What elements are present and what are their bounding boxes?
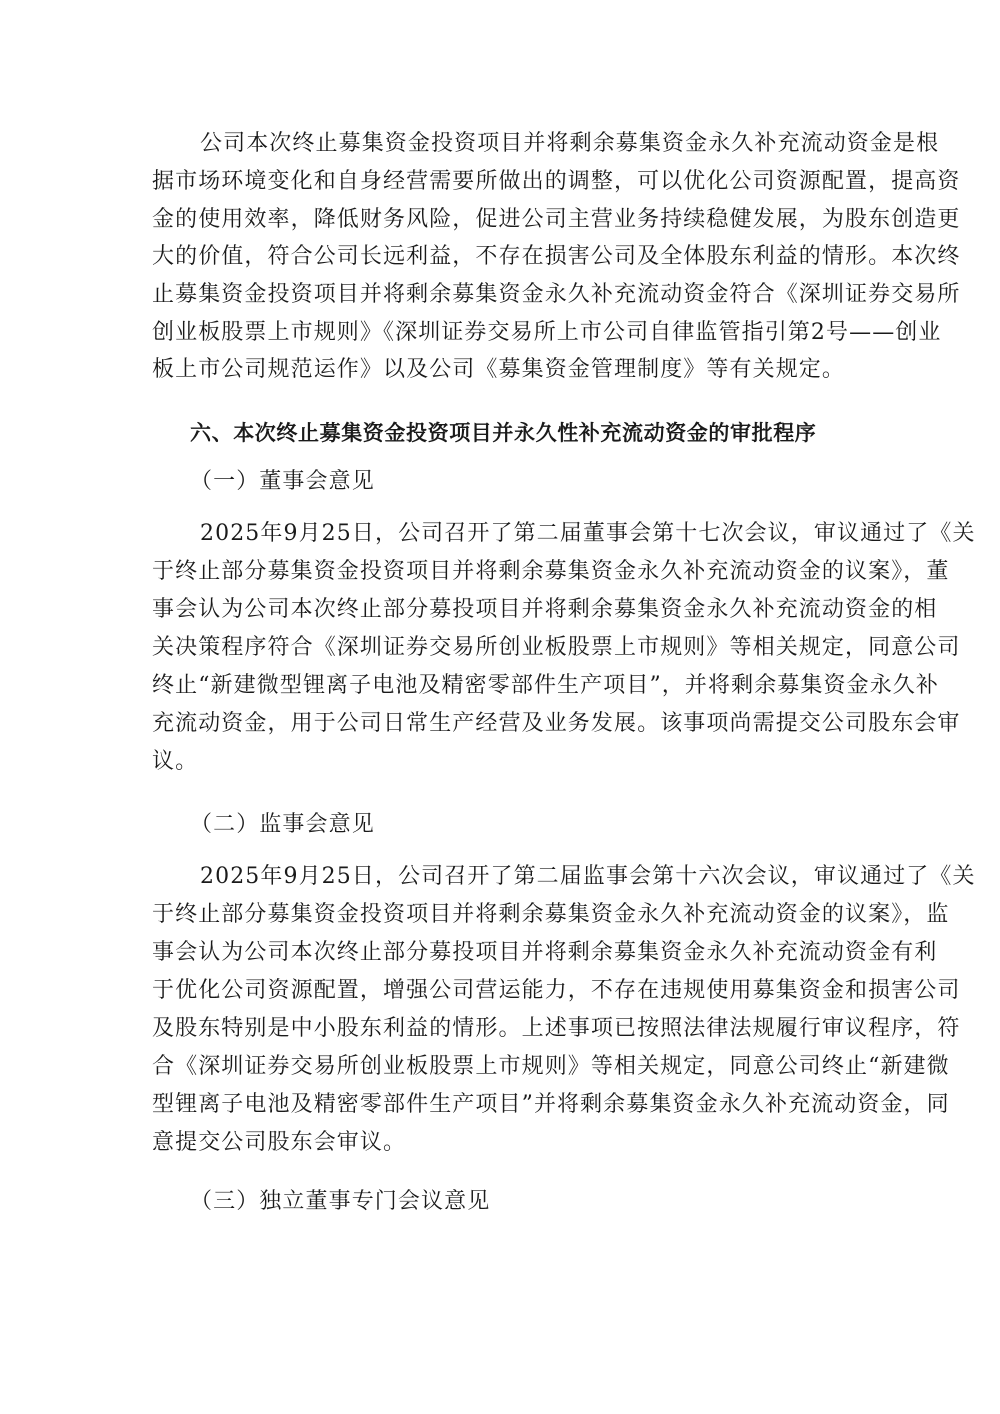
- paragraph-line: 止募集资金投资项目并将剩余募集资金永久补充流动资金符合《深圳证券交易所: [152, 282, 848, 308]
- subsection-heading-independent-directors: （三）独立董事专门会议意见: [190, 1189, 490, 1215]
- paragraph-line: 据市场环境变化和自身经营需要所做出的调整，可以优化公司资源配置，提高资: [152, 169, 848, 195]
- paragraph-line: 事会认为公司本次终止部分募投项目并将剩余募集资金永久补充流动资金的相: [152, 597, 848, 623]
- paragraph-line: 创业板股票上市规则》《深圳证券交易所上市公司自律监管指引第2号——创业: [152, 320, 848, 346]
- subsection-heading-board: （一）董事会意见: [190, 469, 375, 495]
- paragraph-line: 2025年9月25日，公司召开了第二届监事会第十六次会议，审议通过了《关: [200, 864, 848, 890]
- paragraph-line: 合《深圳证券交易所创业板股票上市规则》等相关规定，同意公司终止“新建微: [152, 1054, 848, 1080]
- paragraph-line: 及股东特别是中小股东利益的情形。上述事项已按照法律法规履行审议程序，符: [152, 1016, 848, 1042]
- paragraph-line: 金的使用效率，降低财务风险，促进公司主营业务持续稳健发展，为股东创造更: [152, 207, 848, 233]
- paragraph-line: 意提交公司股东会审议。: [152, 1130, 406, 1156]
- paragraph-line: 公司本次终止募集资金投资项目并将剩余募集资金永久补充流动资金是根: [200, 131, 848, 157]
- paragraph-line: 充流动资金，用于公司日常生产经营及业务发展。该事项尚需提交公司股东会审: [152, 711, 848, 737]
- paragraph-line: 议。: [152, 749, 198, 775]
- section-heading: 六、本次终止募集资金投资项目并永久性补充流动资金的审批程序: [190, 420, 816, 446]
- paragraph-line: 事会认为公司本次终止部分募投项目并将剩余募集资金永久补充流动资金有利: [152, 940, 848, 966]
- paragraph-line: 大的价值，符合公司长远利益，不存在损害公司及全体股东利益的情形。本次终: [152, 244, 848, 270]
- paragraph-line: 终止“新建微型锂离子电池及精密零部件生产项目”，并将剩余募集资金永久补: [152, 673, 848, 699]
- paragraph-line: 于终止部分募集资金投资项目并将剩余募集资金永久补充流动资金的议案》，董: [152, 559, 848, 585]
- paragraph-line: 于终止部分募集资金投资项目并将剩余募集资金永久补充流动资金的议案》，监: [152, 902, 848, 928]
- paragraph-line: 关决策程序符合《深圳证券交易所创业板股票上市规则》等相关规定，同意公司: [152, 635, 848, 661]
- paragraph-line: 型锂离子电池及精密零部件生产项目”并将剩余募集资金永久补充流动资金，同: [152, 1092, 848, 1118]
- paragraph-line: 板上市公司规范运作》以及公司《募集资金管理制度》等有关规定。: [152, 357, 845, 383]
- subsection-heading-supervisory: （二）监事会意见: [190, 812, 375, 838]
- paragraph-line: 2025年9月25日，公司召开了第二届董事会第十七次会议，审议通过了《关: [200, 521, 848, 547]
- paragraph-line: 于优化公司资源配置，增强公司营运能力，不存在违规使用募集资金和损害公司: [152, 978, 848, 1004]
